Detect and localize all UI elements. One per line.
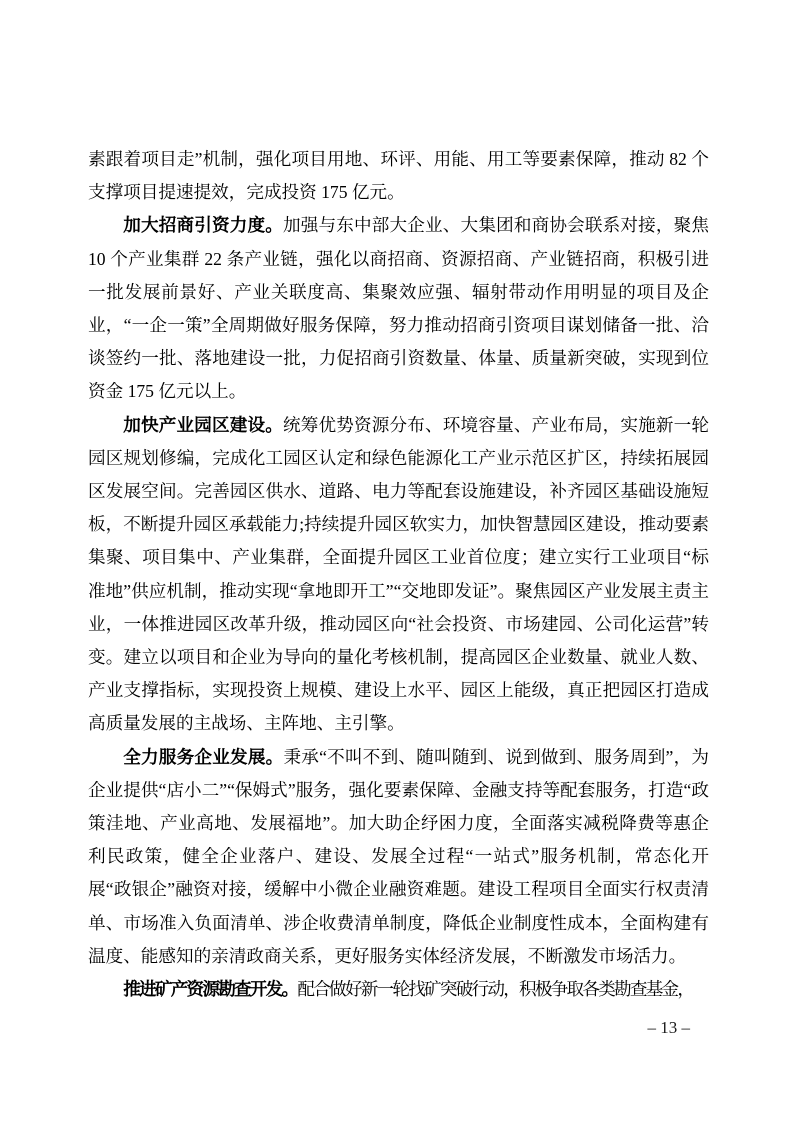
paragraph-4: 全力服务企业发展。秉承“不叫不到、随叫随到、说到做到、服务周到”，为企业提供“店… — [88, 741, 709, 973]
paragraph-lead: 加大招商引资力度。 — [123, 215, 283, 235]
paragraph-text: 统筹优势资源分布、环境容量、产业布局，实施新一轮园区规划修编，完成化工园区认定和… — [88, 415, 709, 734]
paragraph-5: 推进矿产资源勘查开发。配合做好新一轮找矿突破行动，积极争取各类勘查基金， — [88, 973, 709, 1006]
paragraph-lead: 推进矿产资源勘查开发。 — [123, 979, 297, 999]
document-page: 素跟着项目走”机制，强化项目用地、环评、用能、用工等要素保障，推动 82 个支撑… — [0, 0, 793, 1122]
paragraph-1: 素跟着项目走”机制，强化项目用地、环评、用能、用工等要素保障，推动 82 个支撑… — [88, 143, 709, 209]
paragraph-text: 加强与东中部大企业、大集团和商协会联系对接，聚焦 10 个产业集群 22 条产业… — [88, 215, 709, 401]
page-footer: – 13 – — [648, 1016, 691, 1040]
paragraph-text: 配合做好新一轮找矿突破行动，积极争取各类勘查基金， — [297, 979, 693, 999]
paragraph-lead: 加快产业园区建设。 — [123, 415, 283, 435]
paragraph-text: 素跟着项目走”机制，强化项目用地、环评、用能、用工等要素保障，推动 82 个支撑… — [88, 149, 709, 202]
paragraph-2: 加大招商引资力度。加强与东中部大企业、大集团和商协会联系对接，聚焦 10 个产业… — [88, 209, 709, 408]
paragraph-lead: 全力服务企业发展。 — [123, 747, 283, 767]
paragraph-3: 加快产业园区建设。统筹优势资源分布、环境容量、产业布局，实施新一轮园区规划修编，… — [88, 409, 709, 741]
paragraph-text: 秉承“不叫不到、随叫随到、说到做到、服务周到”，为企业提供“店小二”“保姆式”服… — [88, 747, 709, 966]
document-body: 素跟着项目走”机制，强化项目用地、环评、用能、用工等要素保障，推动 82 个支撑… — [88, 143, 709, 1006]
page-number: – 13 – — [648, 1018, 691, 1037]
